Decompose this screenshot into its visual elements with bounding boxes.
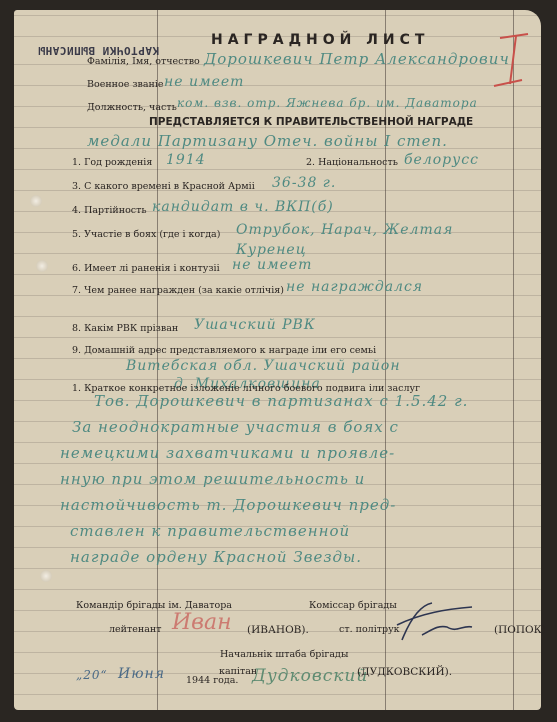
commissar-signature bbox=[392, 595, 492, 650]
document-title: НАГРАДНОЙ ЛИСТ bbox=[211, 32, 429, 48]
birth-year-label: 1. Год рожденія bbox=[72, 157, 152, 168]
red-army-value: 36-38 г. bbox=[272, 175, 336, 191]
wounds-value: не имеет bbox=[232, 257, 312, 273]
narrative-line: награде ордену Красной Звезды. bbox=[70, 548, 362, 566]
punch-hole bbox=[40, 570, 52, 582]
nominated-heading: ПРЕДСТАВЛЯЕТСЯ К ПРАВИТЕЛЬСТВЕННОЙ НАГРА… bbox=[149, 116, 473, 128]
commander-name: (ИВАНОВ). bbox=[247, 624, 309, 636]
punch-hole bbox=[30, 195, 42, 207]
commissar-rank: ст. політрук bbox=[339, 624, 400, 635]
wounds-label: 6. Имеет лі раненія і контузіі bbox=[72, 263, 220, 274]
punch-hole bbox=[36, 260, 48, 272]
date-month: Июня bbox=[118, 666, 165, 682]
award-value: медали Партизану Отеч. войны I степ. bbox=[87, 132, 448, 150]
chief-name: (ДУДКОВСКИЙ). bbox=[357, 666, 452, 678]
red-army-label: 3. С какого времені в Красной Арміі bbox=[72, 181, 255, 192]
address-label: 9. Домашній адрес представляемого к нагр… bbox=[72, 345, 376, 356]
rvk-label: 8. Какім РВК прізван bbox=[72, 323, 178, 334]
address-value-line1: Витебская обл. Ушачский район bbox=[126, 358, 401, 374]
commissar-name: (ПОПОК) bbox=[494, 624, 546, 636]
name-label: Фамілія, Імя, отчество bbox=[87, 56, 200, 67]
column-line bbox=[513, 10, 514, 710]
rank-value: не имеет bbox=[164, 74, 244, 90]
nationality-value: белорусс bbox=[404, 152, 479, 168]
party-label: 4. Партійность bbox=[72, 205, 147, 216]
birth-year-value: 1914 bbox=[166, 152, 206, 168]
battles-value-line1: Отрубок, Нарач, Желтая bbox=[236, 222, 453, 238]
commissar-title: Коміссар брігады bbox=[309, 600, 397, 611]
position-value: ком. взв. отр. Яжнева бр. им. Даватора bbox=[177, 96, 478, 110]
commander-rank: лейтенант bbox=[109, 624, 161, 635]
battles-label: 5. Участіе в боях (где і когда) bbox=[72, 229, 220, 240]
battles-value-line2: Куренец bbox=[236, 242, 306, 258]
narrative-line: нную при этом решительность и bbox=[60, 470, 365, 488]
name-value: Дорошкевич Петр Александрович bbox=[204, 50, 510, 68]
prior-awards-value: не награждался bbox=[286, 279, 423, 295]
commander-signature: Иван bbox=[172, 610, 232, 635]
award-sheet: КАРТОЧКИ ВЫПИСАНЫ НАГРАДНОЙ ЛИСТ Фамілія… bbox=[14, 10, 541, 710]
narrative-line: настойчивость т. Дорошкевич пред- bbox=[60, 496, 396, 514]
date-day: „20“ bbox=[76, 668, 108, 682]
narrative-line: ставлен к правительственной bbox=[70, 522, 350, 540]
narrative-line: За неоднократные участия в боях с bbox=[72, 418, 399, 436]
chief-signature: Дудковский bbox=[252, 666, 368, 686]
party-value: кандидат в ч. ВКП(б) bbox=[152, 199, 334, 215]
rank-label: Военное званіе bbox=[87, 79, 164, 90]
nationality-label: 2. Національность bbox=[306, 157, 398, 168]
narrative-line: Тов. Дорошкевич в партизанах с 1.5.42 г. bbox=[94, 392, 468, 410]
chief-title: Начальнік штаба брігады bbox=[220, 649, 348, 660]
rvk-value: Ушачский РВК bbox=[194, 317, 316, 333]
narrative-line: немецкими захватчиками и проявле- bbox=[60, 444, 395, 462]
position-label: Должность, часть bbox=[87, 102, 177, 113]
prior-awards-label: 7. Чем ранее награжден (за какіе отлічія… bbox=[72, 285, 284, 296]
